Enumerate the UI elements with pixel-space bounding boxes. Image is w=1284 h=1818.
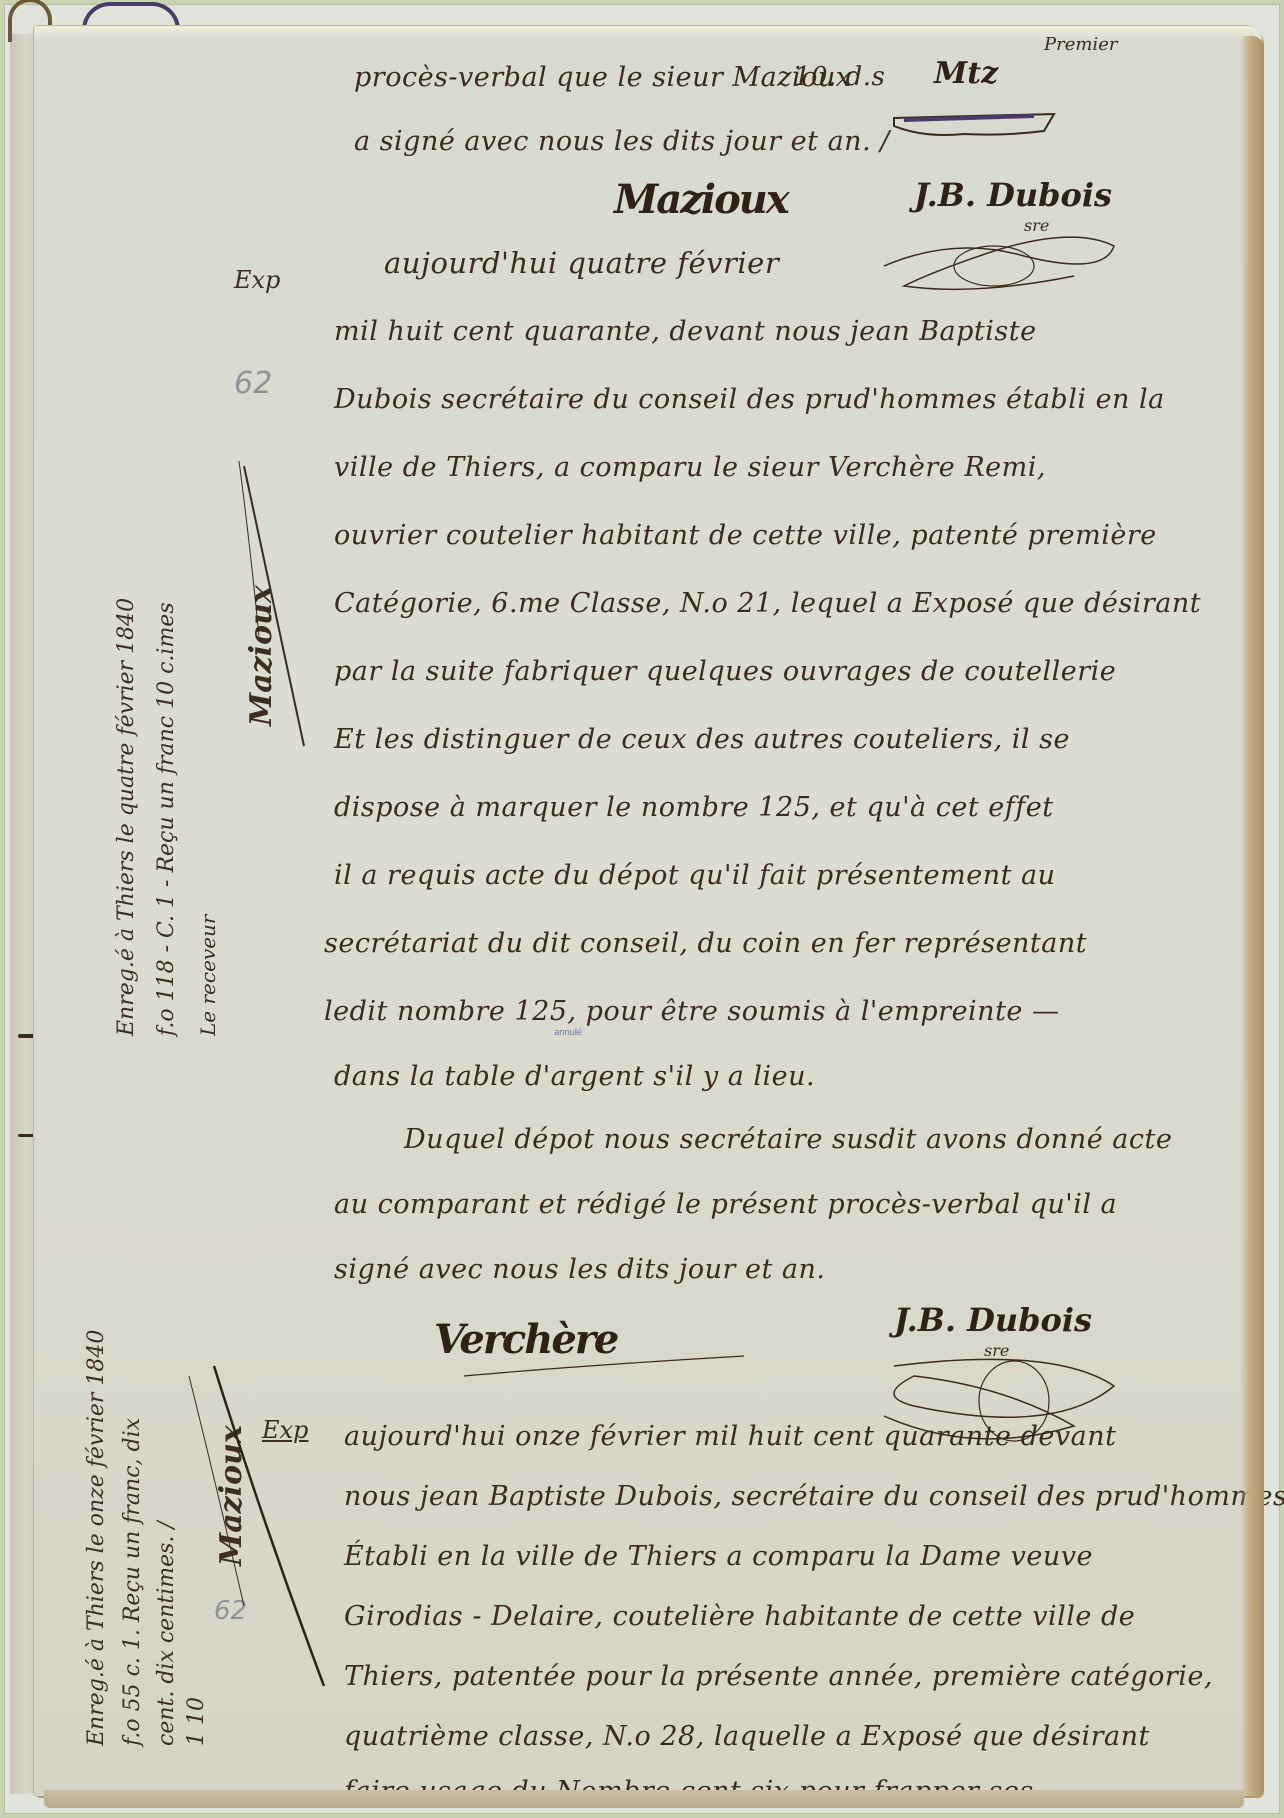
manuscript-page: Premier procès-verbal que le sieur Mazio… bbox=[34, 26, 1262, 1796]
text-line: quatrième classe, N.o 28, laquelle a Exp… bbox=[344, 1721, 1150, 1752]
page-bottom-edge bbox=[44, 1790, 1244, 1808]
text-line: procès-verbal que le sieur Mazioux bbox=[354, 62, 852, 93]
text-line: Et les distinguer de ceux des autres cou… bbox=[334, 724, 1070, 755]
margin-registration-line: Enreg.é à Thiers le onze février 1840 bbox=[84, 1330, 109, 1746]
margin-registration-line: cent. dix centimes. / bbox=[154, 1521, 179, 1746]
binding-strip bbox=[10, 34, 37, 1794]
text-line: Catégorie, 6.me Classe, N.o 21, lequel a… bbox=[334, 588, 1201, 619]
text-line: signé avec nous les dits jour et an. bbox=[334, 1254, 825, 1285]
signature-dubois: J.B. Dubois bbox=[914, 176, 1112, 214]
margin-label-exp: Exp bbox=[234, 266, 280, 294]
text-line: Duquel dépot nous secrétaire susdit avon… bbox=[404, 1124, 1172, 1155]
pencil-number: 62 bbox=[234, 366, 272, 401]
text-line: Dubois secrétaire du conseil des prud'ho… bbox=[334, 384, 1165, 415]
margin-registration-line: Enreg.é à Thiers le quatre février 1840 bbox=[114, 598, 139, 1036]
margin-registration-line: 1 10 bbox=[184, 1697, 209, 1746]
signature-mazioux: Mazioux bbox=[614, 176, 788, 223]
margin-registration-line: f.o 118 - C. 1 - Reçu un franc 10 c.imes bbox=[154, 602, 179, 1036]
text-line: Thiers, patentée pour la présente année,… bbox=[344, 1661, 1213, 1692]
text-line: aujourd'hui quatre février bbox=[384, 246, 779, 280]
top-right-annotation: Premier bbox=[1044, 34, 1117, 55]
margin-flourish-icon bbox=[234, 456, 314, 756]
signature-dubois: J.B. Dubois bbox=[894, 1301, 1092, 1339]
text-line: ville de Thiers, a comparu le sieur Verc… bbox=[334, 452, 1046, 483]
text-line: dans la table d'argent s'il y a lieu. bbox=[334, 1061, 815, 1092]
blue-stamp: annulé bbox=[554, 1028, 582, 1038]
text-line: a signé avec nous les dits jour et an. / bbox=[354, 126, 890, 157]
text-line: secrétariat du dit conseil, du coin en f… bbox=[324, 928, 1087, 959]
flourish-icon bbox=[884, 96, 1064, 146]
text-line: aujourd'hui onze février mil huit cent q… bbox=[344, 1421, 1116, 1452]
text-line: au comparant et rédigé le présent procès… bbox=[334, 1189, 1117, 1220]
text-line: dispose à marquer le nombre 125, et qu'à… bbox=[334, 792, 1054, 823]
text-line: mil huit cent quarante, devant nous jean… bbox=[334, 316, 1037, 347]
margin-flourish-icon bbox=[184, 1356, 334, 1696]
text-line: Établi en la ville de Thiers a comparu l… bbox=[344, 1541, 1093, 1572]
text-line: il a requis acte du dépot qu'il fait pré… bbox=[334, 860, 1056, 891]
signature-underline-icon bbox=[454, 1336, 754, 1396]
margin-registration-line: Le receveur bbox=[196, 915, 220, 1036]
text-line: ledit nombre 125, pour être soumis à l'e… bbox=[324, 996, 1059, 1027]
text-line: nous jean Baptiste Dubois, secrétaire du… bbox=[344, 1481, 1284, 1512]
signature-flourish-icon bbox=[874, 216, 1134, 306]
text-line: par la suite fabriquer quelques ouvrages… bbox=[334, 656, 1116, 687]
text-line: Girodias - Delaire, coutelière habitante… bbox=[344, 1601, 1135, 1632]
image-frame: Premier procès-verbal que le sieur Mazio… bbox=[4, 4, 1280, 1814]
text-line: ouvrier coutelier habitant de cette vill… bbox=[334, 520, 1157, 551]
margin-registration-line: f.o 55 c. 1. Reçu un franc, dix bbox=[120, 1418, 145, 1746]
header-fee: 10. d.s bbox=[794, 62, 885, 92]
header-initials: Mtz bbox=[934, 56, 998, 91]
